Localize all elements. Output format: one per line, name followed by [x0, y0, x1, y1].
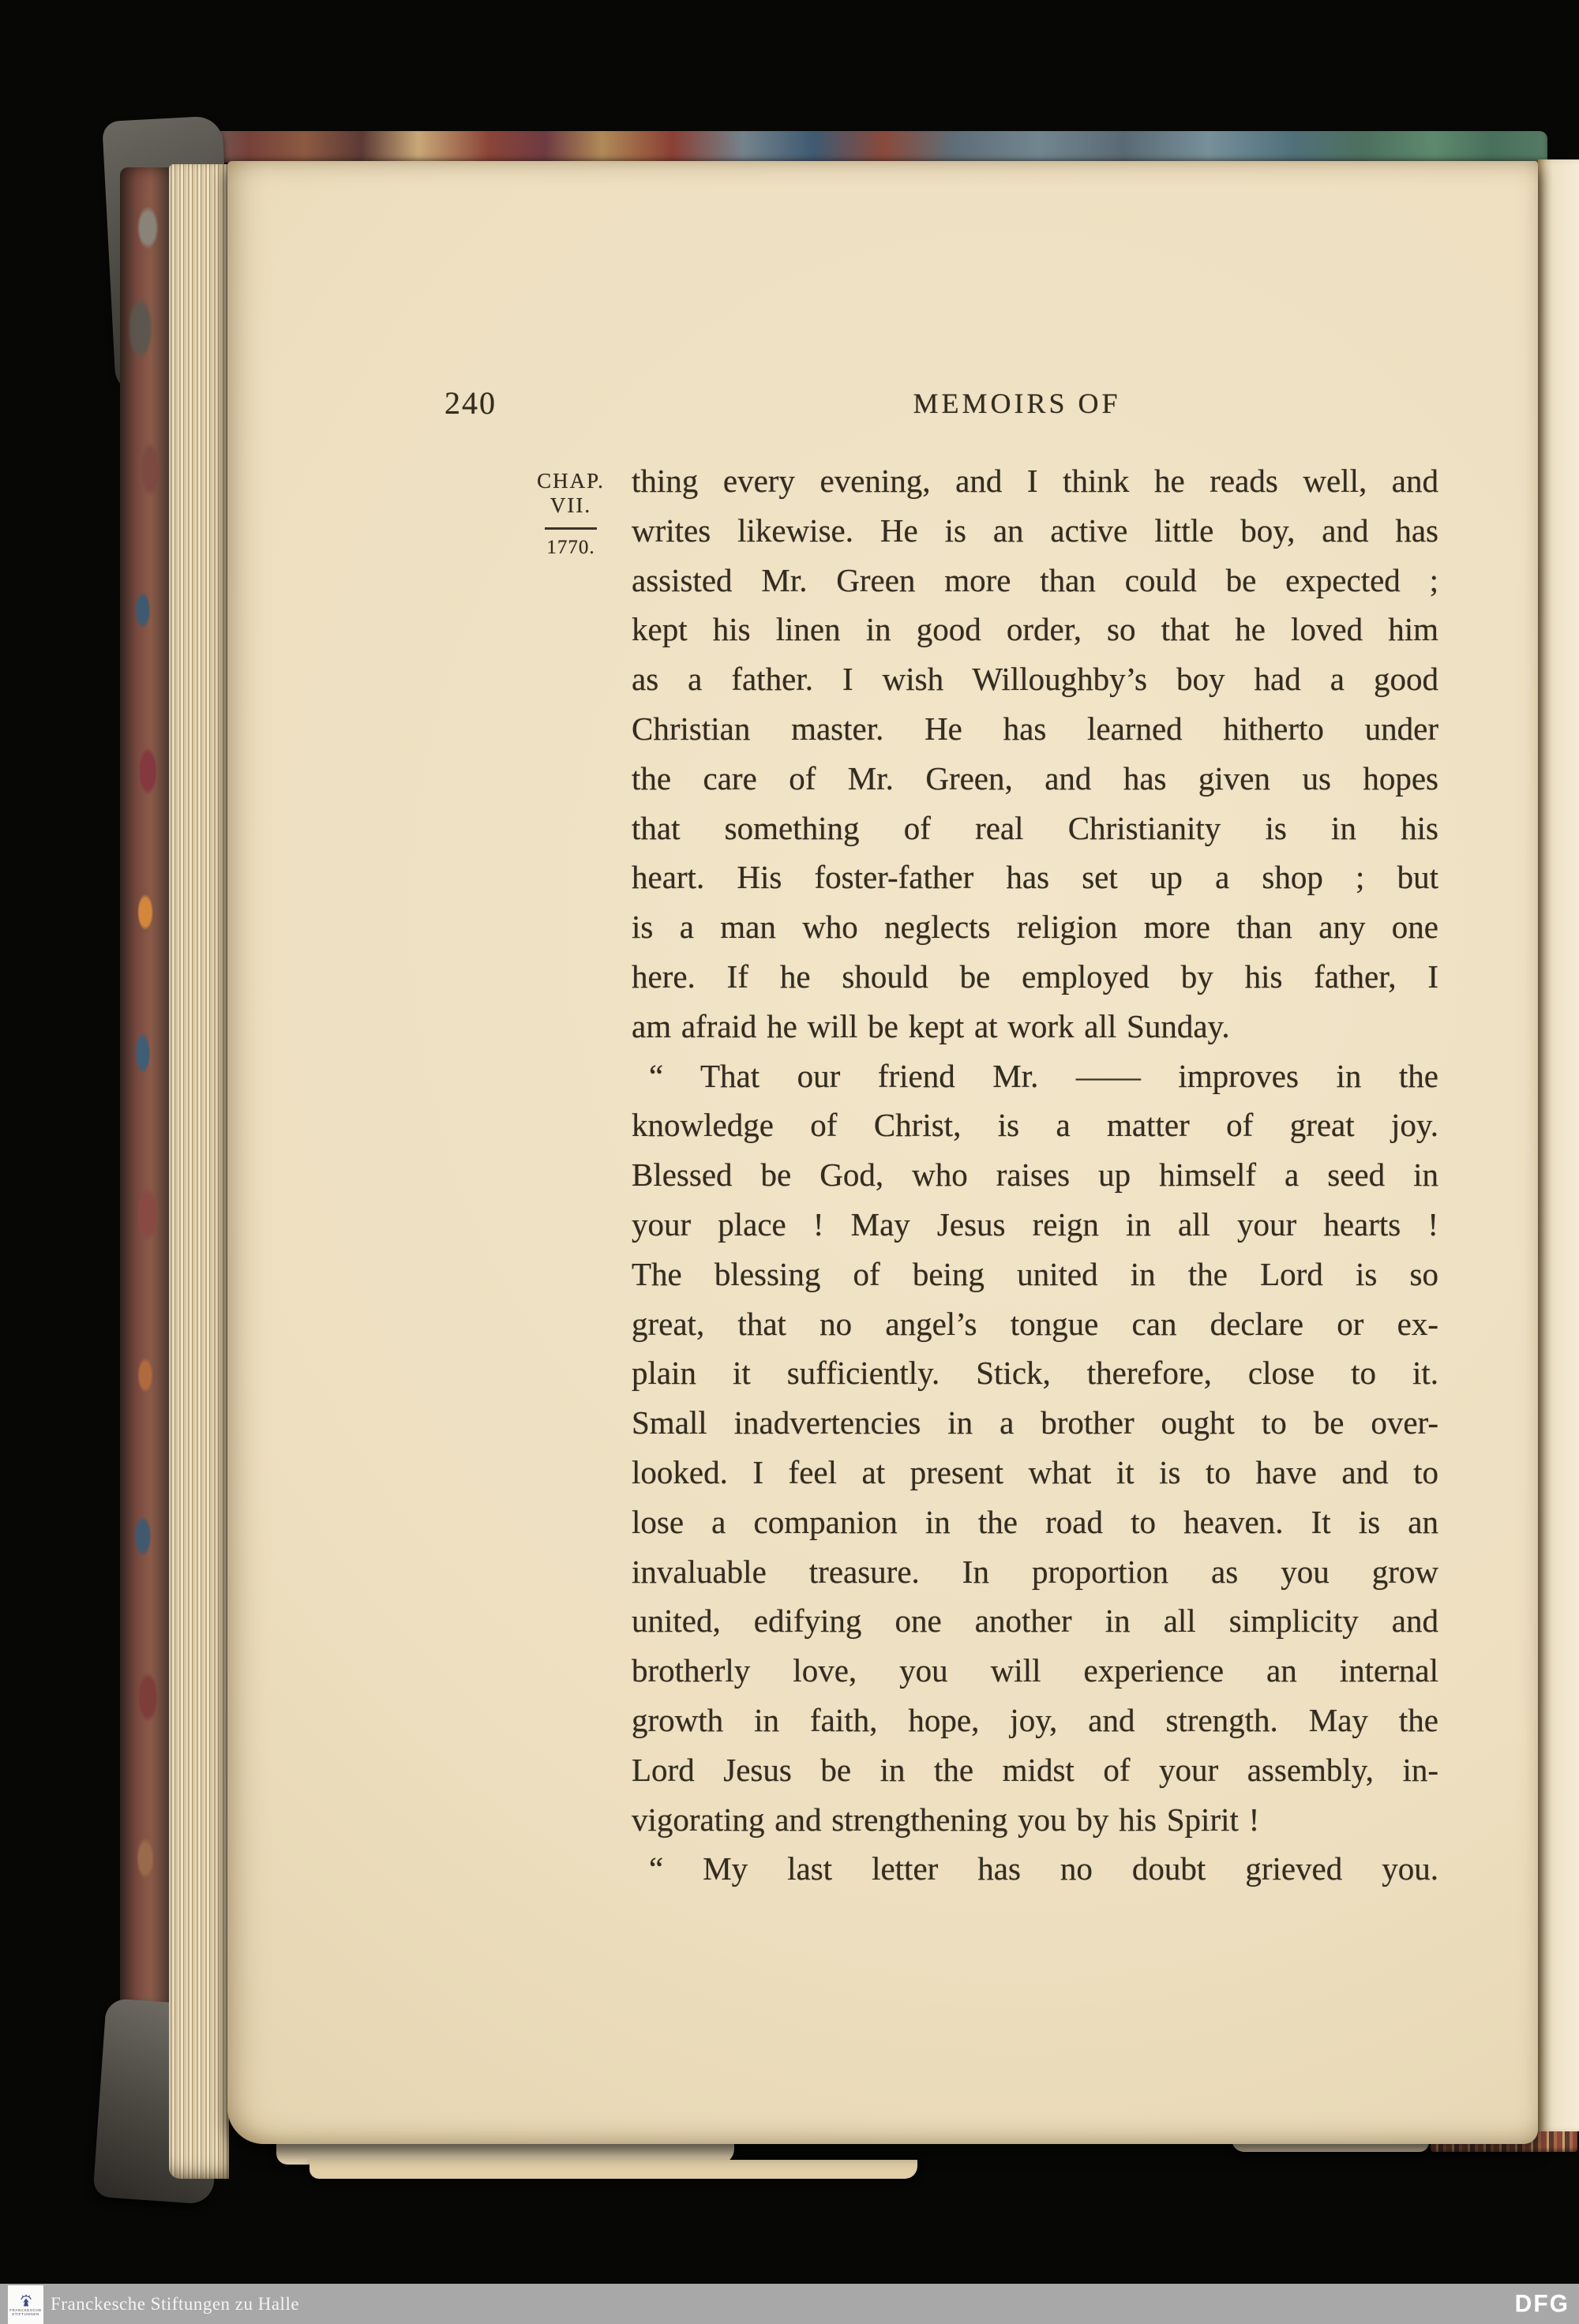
viewer-footer-bar: FRANCKESCHE STIFTUNGEN Franckesche Stift… — [0, 2284, 1579, 2324]
book-cover-marbled-edge — [120, 167, 171, 2180]
body-line: looked. I feel at present what it is to … — [632, 1448, 1438, 1497]
body-line: “ My last letter has no doubt grieved yo… — [632, 1844, 1438, 1894]
body-line: here. If he should be employed by his fa… — [632, 952, 1438, 1002]
body-line: plain it sufficiently. Stick, therefore,… — [632, 1348, 1438, 1398]
body-line: knowledge of Christ, is a matter of grea… — [632, 1100, 1438, 1150]
body-line: is a man who neglects religion more than… — [632, 902, 1438, 952]
francke-foundations-logo: FRANCKESCHE STIFTUNGEN — [8, 2285, 43, 2324]
body-line: great, that no angel’s tongue can declar… — [632, 1299, 1438, 1349]
institution-name: Franckesche Stiftungen zu Halle — [51, 2294, 299, 2315]
body-line: writes likewise. He is an active little … — [632, 506, 1438, 556]
margin-rule — [545, 527, 597, 530]
body-line: heart. His foster-father has set up a sh… — [632, 853, 1438, 902]
body-line: brotherly love, you will experience an i… — [632, 1646, 1438, 1696]
body-line: your place ! May Jesus reign in all your… — [632, 1200, 1438, 1250]
margin-year: 1770. — [531, 537, 611, 560]
body-line: that something of real Christianity is i… — [632, 804, 1438, 853]
body-line: united, edifying one another in all simp… — [632, 1596, 1438, 1646]
page-stack-edges — [169, 164, 229, 2179]
under-page-edge — [309, 2160, 917, 2179]
body-line: the care of Mr. Green, and has given us … — [632, 754, 1438, 804]
body-line: am afraid he will be kept at work all Su… — [632, 1002, 1438, 1051]
francke-eagle-sun-icon — [17, 2294, 35, 2307]
body-line: lose a companion in the road to heaven. … — [632, 1497, 1438, 1547]
running-header: MEMOIRS OF — [906, 387, 1127, 420]
body-line: thing every evening, and I think he read… — [632, 456, 1438, 506]
body-line: assisted Mr. Green more than could be ex… — [632, 556, 1438, 605]
facing-page-sliver — [1538, 159, 1579, 2131]
dfg-logo: DFG — [1515, 2290, 1570, 2318]
body-line: “ That our friend Mr. —— improves in the — [632, 1051, 1438, 1101]
scanned-book-page-view: 240 MEMOIRS OF CHAP. VII. 1770. thing ev… — [0, 0, 1579, 2324]
body-line: invaluable treasure. In proportion as yo… — [632, 1547, 1438, 1597]
book-top-marbled-edge — [136, 131, 1547, 163]
body-line: Christian master. He has learned hithert… — [632, 704, 1438, 754]
body-line: The blessing of being united in the Lord… — [632, 1250, 1438, 1299]
book-page: 240 MEMOIRS OF CHAP. VII. 1770. thing ev… — [227, 161, 1538, 2144]
margin-chapter-note: CHAP. VII. 1770. — [531, 469, 611, 560]
body-line: Blessed be God, who raises up himself a … — [632, 1150, 1438, 1200]
chapter-label: CHAP. — [531, 469, 611, 493]
body-line: Small inadvertencies in a brother ought … — [632, 1398, 1438, 1448]
body-line: growth in faith, hope, joy, and strength… — [632, 1696, 1438, 1745]
body-line: as a father. I wish Willoughby’s boy had… — [632, 654, 1438, 704]
body-line: Lord Jesus be in the midst of your assem… — [632, 1745, 1438, 1795]
chapter-numeral: VII. — [531, 493, 611, 518]
page-number: 240 — [444, 384, 497, 422]
body-line: kept his linen in good order, so that he… — [632, 605, 1438, 654]
body-text: thing every evening, and I think he read… — [632, 456, 1438, 1894]
body-line: vigorating and strengthening you by his … — [632, 1795, 1438, 1845]
logo-caption-line2: STIFTUNGEN — [12, 2312, 39, 2316]
